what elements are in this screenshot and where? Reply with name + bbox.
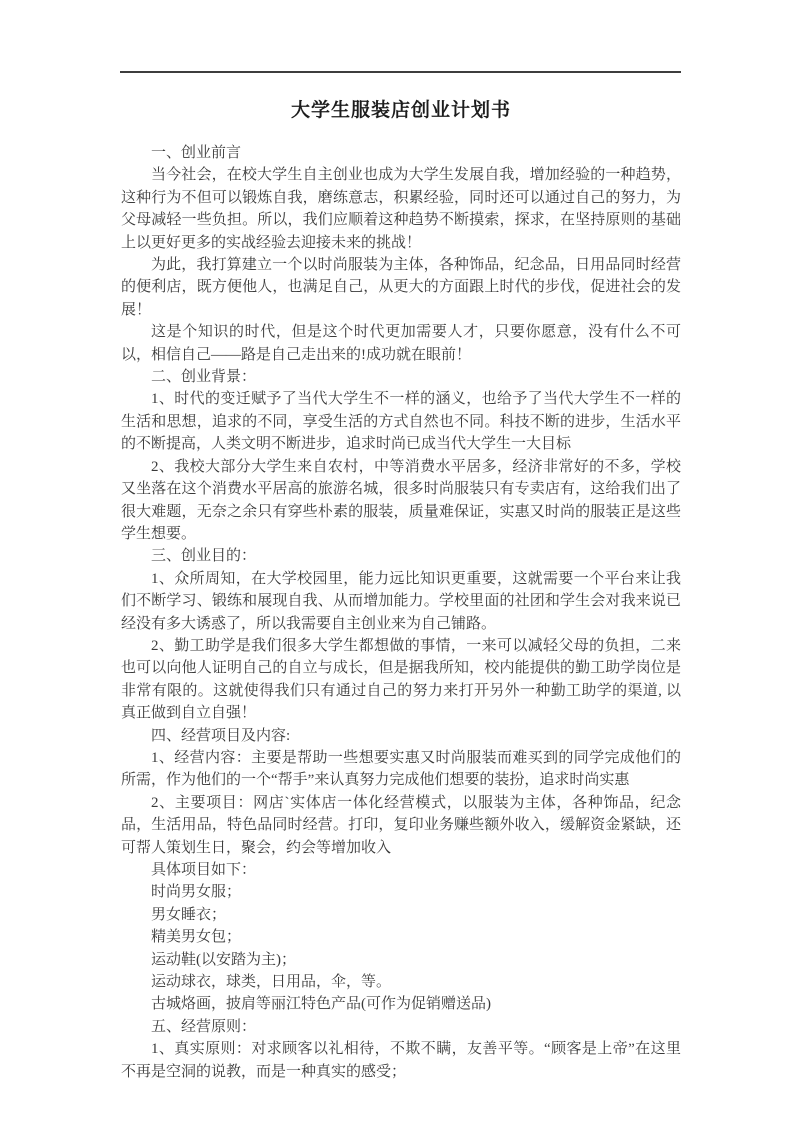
paragraph: 2、勤工助学是我们很多大学生都想做的事情，一来可以减轻父母的负担，二来也可以向他… [121, 635, 681, 725]
paragraph: 当今社会，在校大学生自主创业也成为大学生发展自我，增加经验的一种趋势，这种行为不… [121, 164, 681, 254]
paragraph: 男女睡衣； [121, 904, 681, 926]
paragraph: 具体项目如下： [121, 859, 681, 881]
paragraph: 古城烙画，披肩等丽江特色产品(可作为促销赠送品) [121, 993, 681, 1015]
paragraph: 2、我校大部分大学生来自农村，中等消费水平居多，经济非常好的不多，学校又坐落在这… [121, 456, 681, 546]
paragraph: 1、时代的变迁赋予了当代大学生不一样的涵义，也给予了当代大学生不一样的生活和思想… [121, 388, 681, 455]
document-page: 大学生服装店创业计划书 一、创业前言当今社会，在校大学生自主创业也成为大学生发展… [0, 0, 800, 1132]
section-heading: 四、经营项目及内容: [121, 725, 681, 747]
paragraph: 精美男女包； [121, 926, 681, 948]
paragraph: 2、主要项目：网店`实体店一体化经营模式，以服装为主体，各种饰品，纪念品，生活用… [121, 792, 681, 859]
paragraph: 1、经营内容：主要是帮助一些想要实惠又时尚服装而难买到的同学完成他们的所需，作为… [121, 747, 681, 792]
paragraph: 运动鞋(以安踏为主)； [121, 949, 681, 971]
section-heading: 二、创业背景： [121, 366, 681, 388]
section-heading: 三、创业目的： [121, 545, 681, 567]
paragraph: 运动球衣，球类，日用品，伞，等。 [121, 971, 681, 993]
paragraph: 为此，我打算建立一个以时尚服装为主体，各种饰品，纪念品，日用品同时经营的便利店，… [121, 254, 681, 321]
document-content: 大学生服装店创业计划书 一、创业前言当今社会，在校大学生自主创业也成为大学生发展… [121, 96, 681, 1083]
paragraph: 这是个知识的时代，但是这个时代更加需要人才，只要你愿意，没有什么不可以，相信自己… [121, 321, 681, 366]
header-rule [120, 71, 681, 73]
section-heading: 一、创业前言 [121, 142, 681, 164]
document-body: 一、创业前言当今社会，在校大学生自主创业也成为大学生发展自我，增加经验的一种趋势… [121, 142, 681, 1083]
paragraph: 1、众所周知，在大学校园里，能力远比知识更重要，这就需要一个平台来让我们不断学习… [121, 568, 681, 635]
section-heading: 五、经营原则： [121, 1016, 681, 1038]
document-title: 大学生服装店创业计划书 [121, 96, 681, 126]
paragraph: 1、真实原则：对求顾客以礼相待，不欺不瞒，友善平等。“顾客是上帝”在这里不再是空… [121, 1038, 681, 1083]
paragraph: 时尚男女服； [121, 881, 681, 903]
